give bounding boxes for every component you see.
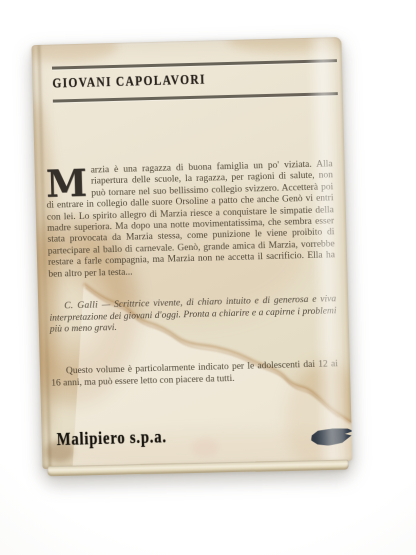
synopsis-body: arzia è una ragazza di buona famiglia un… bbox=[46, 159, 335, 279]
publisher-imprint: Malipiero s.p.a. bbox=[56, 427, 167, 451]
book-photo: GIOVANI CAPOLAVORI Marzia è una ragazza … bbox=[0, 0, 416, 555]
water-stain-blob bbox=[227, 37, 352, 54]
book-back-cover: GIOVANI CAPOLAVORI Marzia è una ragazza … bbox=[31, 37, 352, 477]
series-title: GIOVANI CAPOLAVORI bbox=[52, 73, 206, 91]
cover-surface: GIOVANI CAPOLAVORI Marzia è una ragazza … bbox=[31, 37, 352, 469]
divider-rule-top bbox=[52, 59, 337, 69]
divider-rule-bottom bbox=[53, 92, 338, 102]
ink-smudge bbox=[192, 438, 218, 457]
obliterated-price-stamp bbox=[310, 426, 352, 447]
author-name: C. Galli bbox=[64, 300, 98, 311]
audience-note: Questo volume è particolarmente indicato… bbox=[51, 359, 339, 390]
author-note: C. Galli — Scrittrice vivente, di chiaro… bbox=[49, 294, 337, 336]
water-stain-blob bbox=[31, 37, 117, 63]
synopsis-paragraph: Marzia è una ragazza di buona famiglia u… bbox=[46, 159, 336, 281]
drop-cap-letter: M bbox=[46, 168, 87, 199]
